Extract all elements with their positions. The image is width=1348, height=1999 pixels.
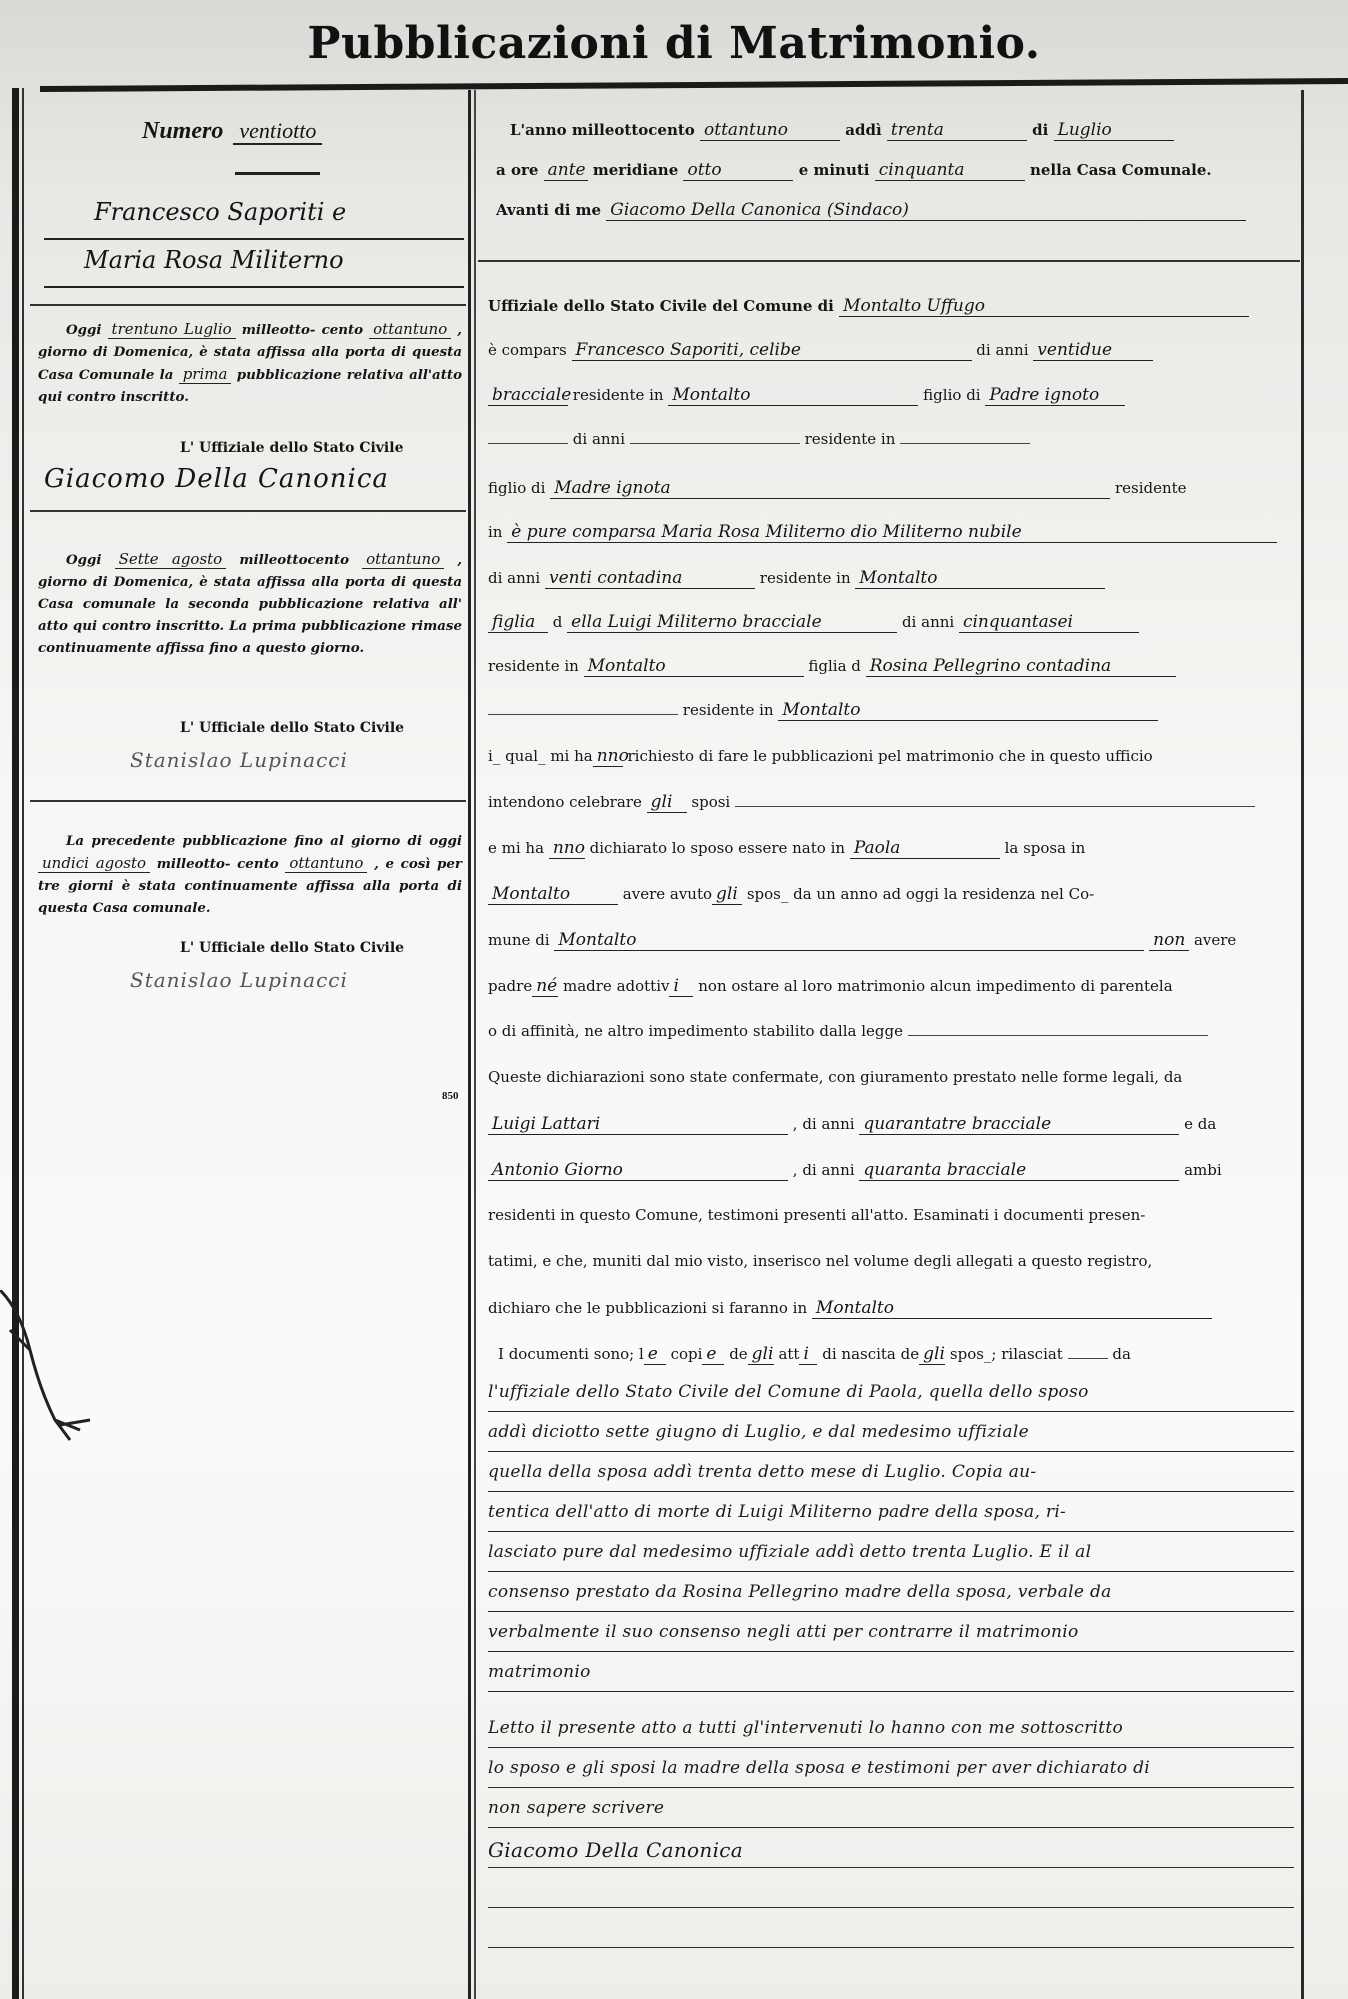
comune-line: Uffiziale dello Stato Civile del Comune … [488, 296, 1296, 317]
publication-place-line: dichiaro che le pubblicazioni si faranno… [488, 1298, 1296, 1319]
bride-mother-residence-line: residente in Montalto [488, 700, 1296, 721]
celebrate-line: intendono celebrare gli sposi [488, 792, 1296, 813]
request-line: i_ qual_ mi hanno richiesto di fare le p… [488, 746, 1296, 767]
documents-list-line: I documenti sono; le copie degli atti di… [488, 1344, 1296, 1365]
second-pub-year: ottantuno [362, 550, 444, 569]
bride-line: in è pure comparsa Maria Rosa Militerno … [488, 522, 1296, 543]
officer-signature-3: Stanislao Lupinacci [130, 968, 348, 992]
second-pub-day: Sette agosto [115, 550, 227, 569]
final-notice-day: undici agosto [38, 854, 150, 873]
act-year: ottantuno [700, 120, 840, 141]
handwritten-line: consenso prestato da Rosina Pellegrino m… [488, 1572, 1294, 1612]
bride-residence: Montalto [855, 568, 1105, 589]
act-date-line: L'anno milleottocento ottantuno addì tre… [488, 120, 1296, 141]
bride-age: venti contadina [545, 568, 755, 589]
title-rule [40, 78, 1348, 92]
column-divider [468, 90, 471, 1999]
groom-residence-line: bracciale residente in Montalto figlio d… [488, 385, 1296, 406]
act-ante: ante [544, 160, 588, 181]
bride-mother: Rosina Pellegrino contadina [866, 656, 1176, 677]
header-rule [478, 260, 1300, 262]
bride-mother-line: residente in Montalto figlia d Rosina Pe… [488, 656, 1296, 677]
groom-age: ventidue [1033, 340, 1153, 361]
documents-visto-line: tatimi, e che, muniti dal mio visto, ins… [488, 1252, 1296, 1270]
handwritten-line: lasciato pure dal medesimo uffiziale add… [488, 1532, 1294, 1572]
section-divider [30, 510, 466, 512]
closing-handwritten-block: Letto il presente atto a tutti gl'interv… [488, 1708, 1294, 1948]
frame-left-border [12, 88, 19, 1999]
groom-birthplace: Paola [850, 838, 1000, 859]
birthplace-line: e mi ha nno dichiarato lo sposo essere n… [488, 838, 1296, 859]
witness-1-age: quarantatre bracciale [859, 1114, 1179, 1135]
officer-label-3: L' Ufficiale dello Stato Civile [180, 940, 404, 956]
groom-father-details-line: di anni residente in [488, 430, 1296, 448]
blank-ruled-line [488, 1868, 1294, 1908]
first-publication-notice: Oggi trentuno Luglio milleotto- cento ot… [38, 318, 462, 408]
officer-label-2: L' Ufficiale dello Stato Civile [180, 720, 404, 736]
witnesses-residence-line: residenti in questo Comune, testimoni pr… [488, 1206, 1296, 1224]
bride-birthplace: Montalto [488, 884, 618, 905]
document-title: Pubblicazioni di Matrimonio. [0, 18, 1348, 69]
witness-1-name: Luigi Lattari [488, 1114, 788, 1135]
handwritten-line: l'uffiziale dello Stato Civile del Comun… [488, 1372, 1294, 1412]
act-time-line: a ore ante meridiane otto e minuti cinqu… [488, 160, 1296, 181]
officer-label-1: L' Uffiziale dello Stato Civile [180, 440, 403, 456]
groom-father: Padre ignoto [985, 385, 1125, 406]
act-hour: otto [683, 160, 793, 181]
first-pub-ordinal: prima [179, 365, 232, 384]
groom-mother-line: figlio di Madre ignota residente [488, 478, 1296, 499]
residence-duration-line: Montalto avere avutogli spos_ da un anno… [488, 884, 1296, 905]
act-month: Luglio [1054, 120, 1174, 141]
witness-2-age: quaranta bracciale [859, 1160, 1179, 1181]
witness-2-line: Antonio Giorno , di anni quaranta bracci… [488, 1160, 1296, 1181]
bride-age-line: di anni venti contadina residente in Mon… [488, 568, 1296, 589]
numero-row: Numero ventiotto [142, 118, 322, 145]
numero-rule [235, 172, 320, 175]
spouse-names: Francesco Saporiti e Maria Rosa Militern… [44, 192, 464, 288]
closing-line: non sapere scrivere [488, 1788, 1294, 1828]
closing-signature: Giacomo Della Canonica [488, 1828, 1294, 1868]
frame-left-inner-border [22, 88, 24, 1999]
numero-value: ventiotto [233, 118, 322, 145]
witness-2-name: Antonio Giorno [488, 1160, 788, 1181]
handwritten-line: verbalmente il suo consenso negli atti p… [488, 1612, 1294, 1652]
groom-mother: Madre ignota [550, 478, 1110, 499]
groom-name: Francesco Saporiti, celibe [572, 340, 972, 361]
final-publication-notice: La precedente pubblicazione fino al gior… [38, 830, 462, 919]
handwritten-line: addì diciotto sette giugno di Luglio, e … [488, 1412, 1294, 1452]
column-divider-inner [474, 90, 476, 1999]
comune-residence-line: mune di Montalto non avere [488, 930, 1296, 951]
act-day: trenta [887, 120, 1027, 141]
first-pub-day: trentuno Luglio [108, 320, 236, 339]
documents-handwritten-block: l'uffiziale dello Stato Civile del Comun… [488, 1372, 1294, 1692]
bride-mother-residence: Montalto [778, 700, 1158, 721]
officer-signature-2: Stanislao Lupinacci [130, 748, 348, 772]
bride-name: è pure comparsa Maria Rosa Militerno dio… [507, 522, 1277, 543]
comune-name: Montalto Uffugo [839, 296, 1249, 317]
publication-place: Montalto [812, 1298, 1212, 1319]
groom-occupation: bracciale [488, 385, 568, 406]
first-pub-year: ottantuno [369, 320, 451, 339]
margin-annotation: 850 [442, 1090, 459, 1102]
officer-line: Avanti di me Giacomo Della Canonica (Sin… [488, 200, 1296, 221]
register-page: Pubblicazioni di Matrimonio. Numero vent… [0, 0, 1348, 1999]
residence-comune: Montalto [554, 930, 1144, 951]
final-notice-year: ottantuno [285, 854, 367, 873]
stain-mark-icon [0, 1290, 120, 1490]
impediment-line: padrené madre adottivi non ostare al lor… [488, 976, 1296, 997]
frame-right-border [1301, 90, 1304, 1999]
witness-1-line: Luigi Lattari , di anni quarantatre brac… [488, 1114, 1296, 1135]
bride-father-age: cinquantasei [959, 612, 1139, 633]
blank-ruled-line [488, 1908, 1294, 1948]
numero-label: Numero [142, 118, 223, 144]
oath-line: Queste dichiarazioni sono state conferma… [488, 1068, 1296, 1086]
handwritten-line: tentica dell'atto di morte di Luigi Mili… [488, 1492, 1294, 1532]
spouse-name-2: Maria Rosa Militerno [44, 240, 464, 288]
officer-name: Giacomo Della Canonica (Sindaco) [606, 200, 1246, 221]
affinity-line: o di affinità, ne altro impedimento stab… [488, 1022, 1296, 1040]
bride-father: ella Luigi Militerno bracciale [567, 612, 897, 633]
officer-signature-1: Giacomo Della Canonica [44, 464, 389, 494]
bride-father-line: figlia d ella Luigi Militerno bracciale … [488, 612, 1296, 633]
handwritten-line: matrimonio [488, 1652, 1294, 1692]
groom-line: è compars Francesco Saporiti, celibe di … [488, 340, 1296, 361]
groom-residence: Montalto [668, 385, 918, 406]
closing-line: Letto il presente atto a tutti gl'interv… [488, 1708, 1294, 1748]
closing-line: lo sposo e gli sposi la madre della spos… [488, 1748, 1294, 1788]
spouse-name-1: Francesco Saporiti e [44, 192, 464, 240]
act-minutes: cinquanta [875, 160, 1025, 181]
section-divider [30, 800, 466, 802]
handwritten-line: quella della sposa addì trenta detto mes… [488, 1452, 1294, 1492]
bride-father-residence: Montalto [584, 656, 804, 677]
section-divider [30, 304, 466, 306]
second-publication-notice: Oggi Sette agosto milleottocento ottantu… [38, 548, 462, 659]
